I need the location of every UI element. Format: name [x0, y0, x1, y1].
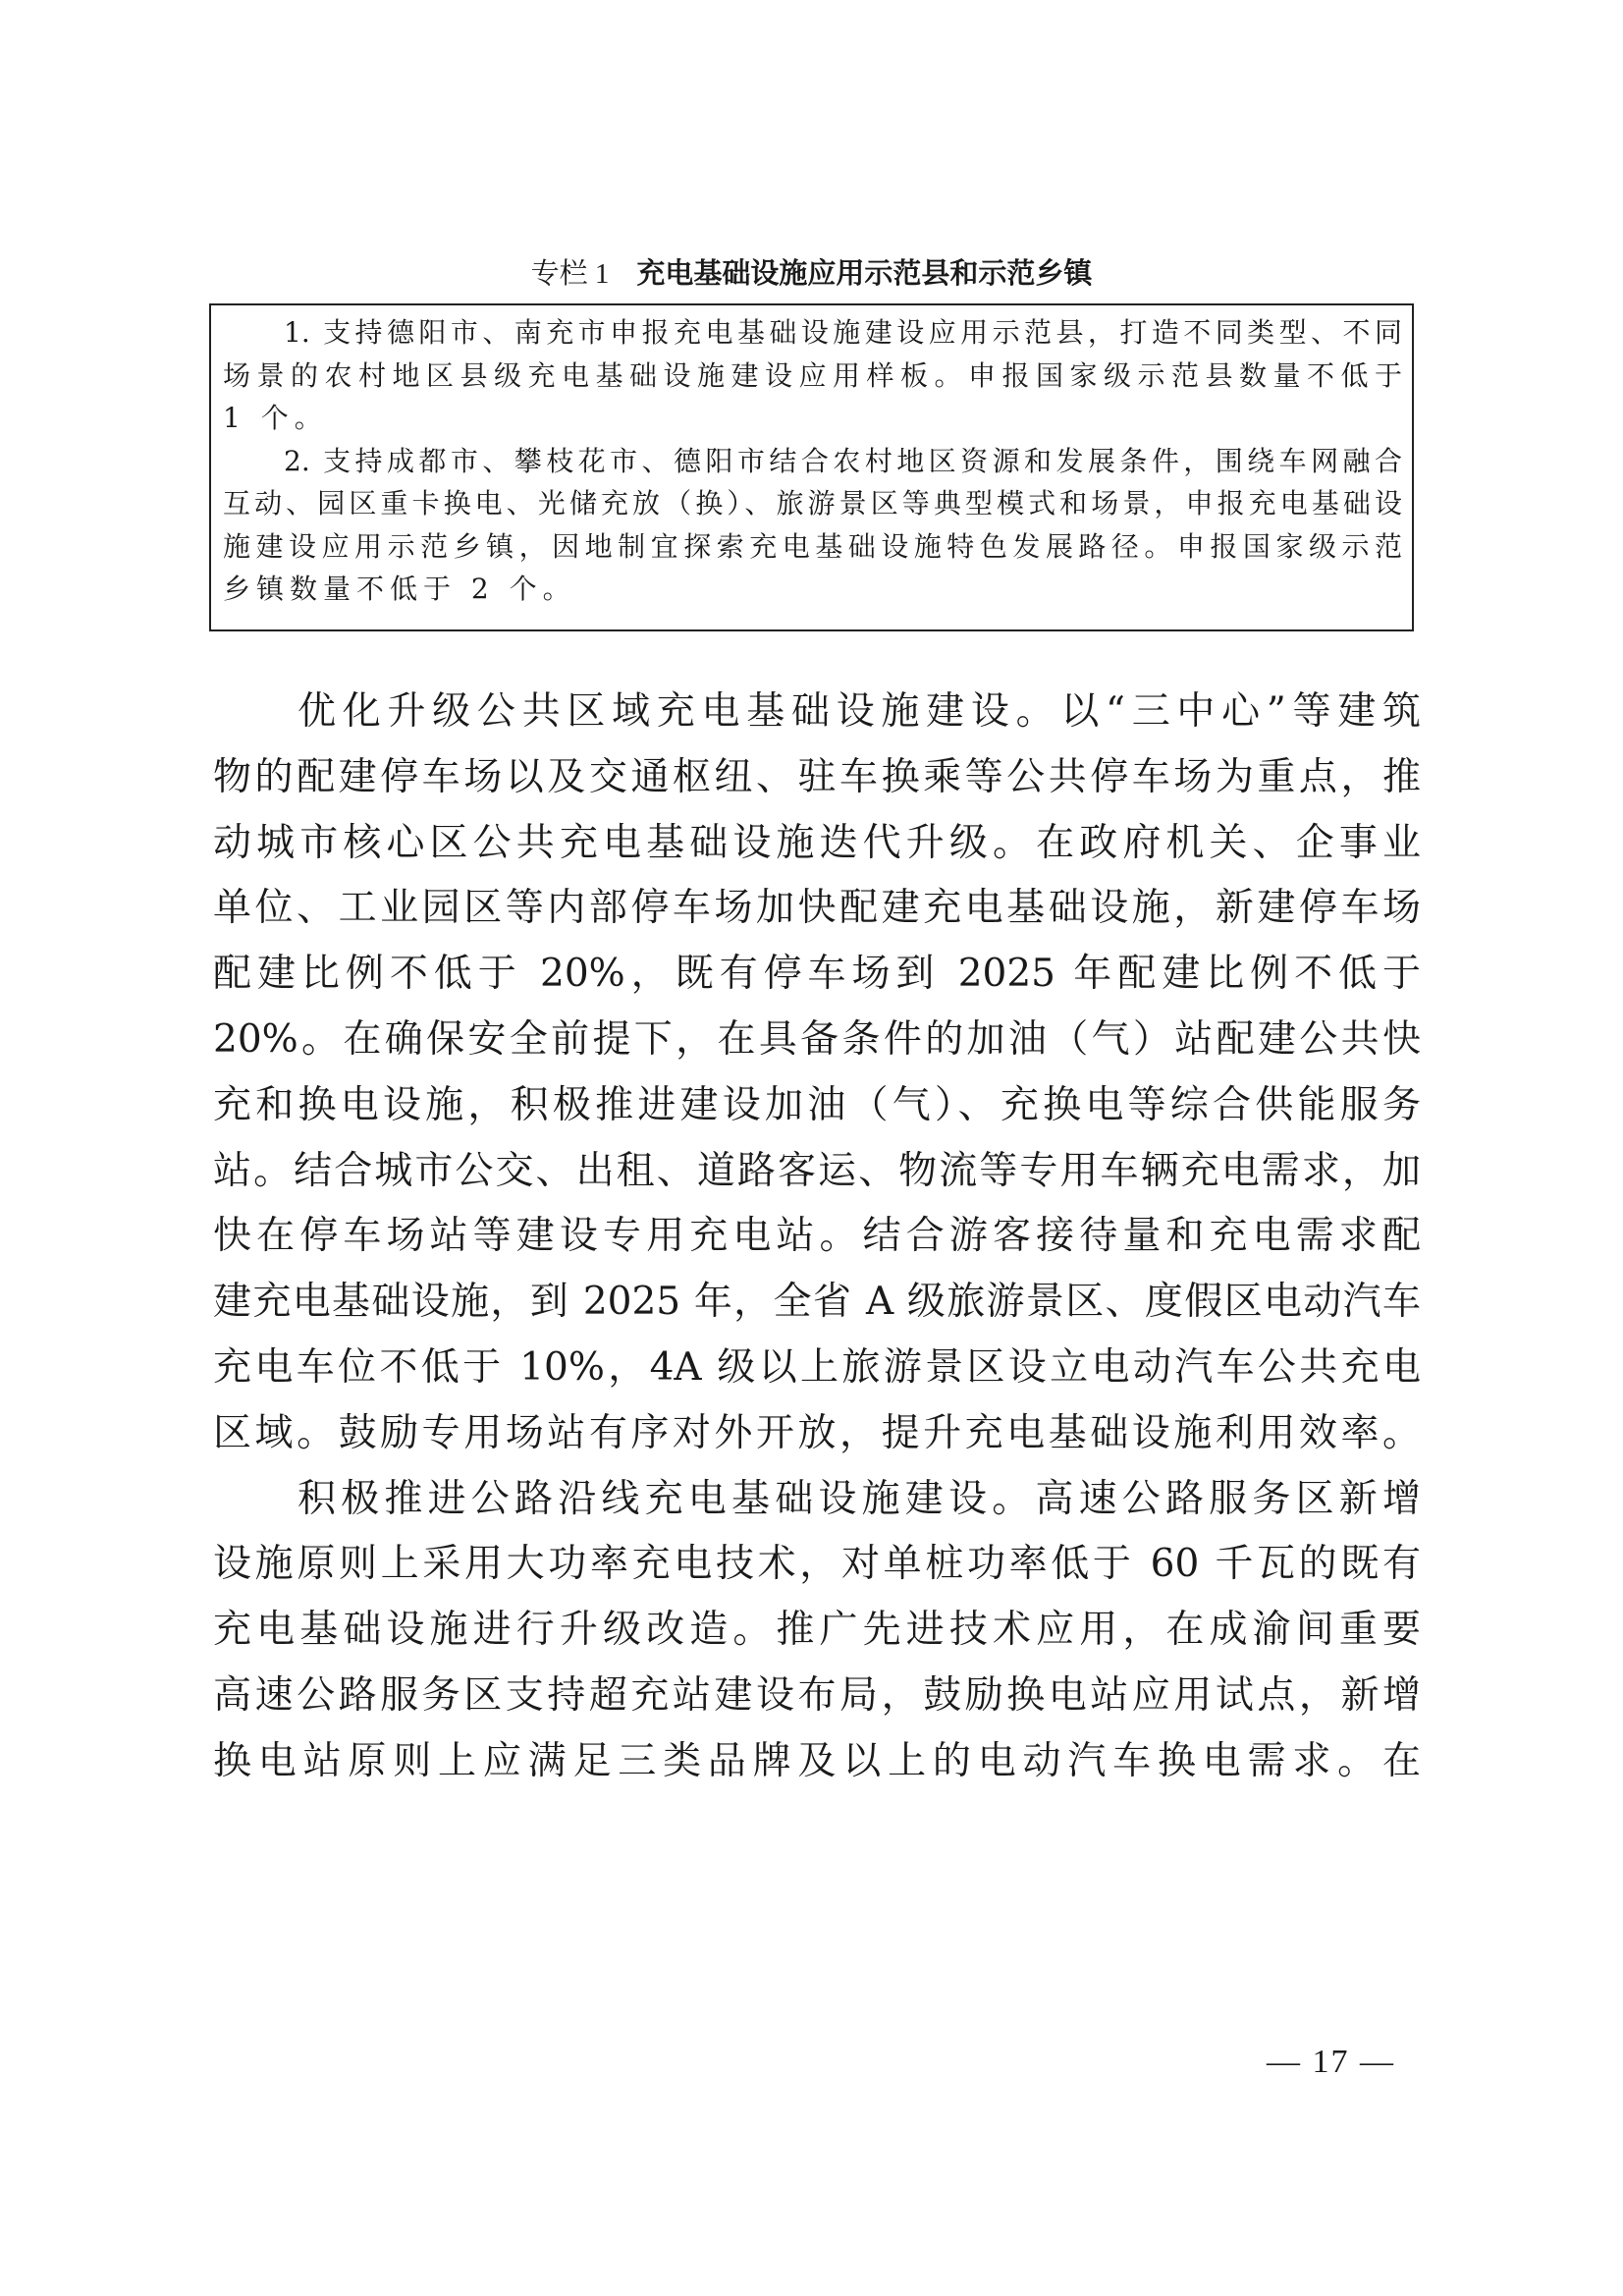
body-line: 物的配建停车场以及交通枢纽、驻车换乘等公共停车场为重点，推 [213, 745, 1421, 811]
body-line: 充电车位不低于 10%，4A 级以上旅游景区设立电动汽车公共充电 [213, 1336, 1421, 1401]
body-text: 优化升级公共区域充电基础设施建设。以“三中心”等建筑 物的配建停车场以及交通枢纽… [213, 680, 1421, 1795]
box-line: 互动、园区重卡换电、光储充放（换）、旅游景区等典型模式和场景，申报充电基础设 [223, 482, 1402, 525]
body-line: 充和换电设施，积极推进建设加油（气）、充换电等综合供能服务 [213, 1073, 1421, 1139]
body-line: 换电站原则上应满足三类品牌及以上的电动汽车换电需求。在 [213, 1729, 1421, 1795]
box-line: 场景的农村地区县级充电基础设施建设应用样板。申报国家级示范县数量不低于 [223, 355, 1402, 398]
body-line: 站。结合城市公交、出租、道路客运、物流等专用车辆充电需求，加 [213, 1139, 1421, 1205]
body-line: 设施原则上采用大功率充电技术，对单桩功率低于 60 千瓦的既有 [213, 1532, 1421, 1598]
box-line: 1. 支持德阳市、南充市申报充电基础设施建设应用示范县，打造不同类型、不同 [223, 311, 1402, 355]
body-line: 单位、工业园区等内部停车场加快配建充电基础设施，新建停车场 [213, 876, 1421, 942]
body-line: 优化升级公共区域充电基础设施建设。以“三中心”等建筑 [213, 680, 1421, 745]
body-line: 积极推进公路沿线充电基础设施建设。高速公路服务区新增 [213, 1467, 1421, 1533]
document-page: 专栏 1充电基础设施应用示范县和示范乡镇 1. 支持德阳市、南充市申报充电基础设… [0, 0, 1623, 2296]
paragraph-public-charging: 优化升级公共区域充电基础设施建设。以“三中心”等建筑 物的配建停车场以及交通枢纽… [213, 680, 1421, 1467]
box-line: 乡镇数量不低于 2 个。 [223, 568, 1402, 611]
body-line: 建充电基础设施，到 2025 年，全省 A 级旅游景区、度假区电动汽车 [213, 1270, 1421, 1336]
body-line: 区域。鼓励专用场站有序对外开放，提升充电基础设施利用效率。 [213, 1401, 1421, 1467]
body-line: 充电基础设施进行升级改造。推广先进技术应用，在成渝间重要 [213, 1598, 1421, 1664]
column-box-label: 专栏 1 [531, 258, 610, 290]
box-line: 施建设应用示范乡镇，因地制宜探索充电基础设施特色发展路径。申报国家级示范 [223, 525, 1402, 569]
column-box-title: 专栏 1充电基础设施应用示范县和示范乡镇 [0, 253, 1623, 294]
body-line: 快在停车场站等建设专用充电站。结合游客接待量和充电需求配 [213, 1204, 1421, 1270]
page-number: — 17 — [1267, 2043, 1395, 2082]
body-line: 动城市核心区公共充电基础设施迭代升级。在政府机关、企事业 [213, 811, 1421, 877]
box-line: 2. 支持成都市、攀枝花市、德阳市结合农村地区资源和发展条件，围绕车网融合 [223, 440, 1402, 483]
column-box-heading: 充电基础设施应用示范县和示范乡镇 [636, 256, 1092, 290]
body-line: 配建比例不低于 20%，既有停车场到 2025 年配建比例不低于 [213, 942, 1421, 1008]
column-box: 1. 支持德阳市、南充市申报充电基础设施建设应用示范县，打造不同类型、不同 场景… [209, 303, 1414, 631]
paragraph-highway-charging: 积极推进公路沿线充电基础设施建设。高速公路服务区新增 设施原则上采用大功率充电技… [213, 1467, 1421, 1795]
box-line: 1 个。 [223, 397, 1402, 440]
body-line: 高速公路服务区支持超充站建设布局，鼓励换电站应用试点，新增 [213, 1664, 1421, 1729]
body-line: 20%。在确保安全前提下，在具备条件的加油（气）站配建公共快 [213, 1008, 1421, 1073]
